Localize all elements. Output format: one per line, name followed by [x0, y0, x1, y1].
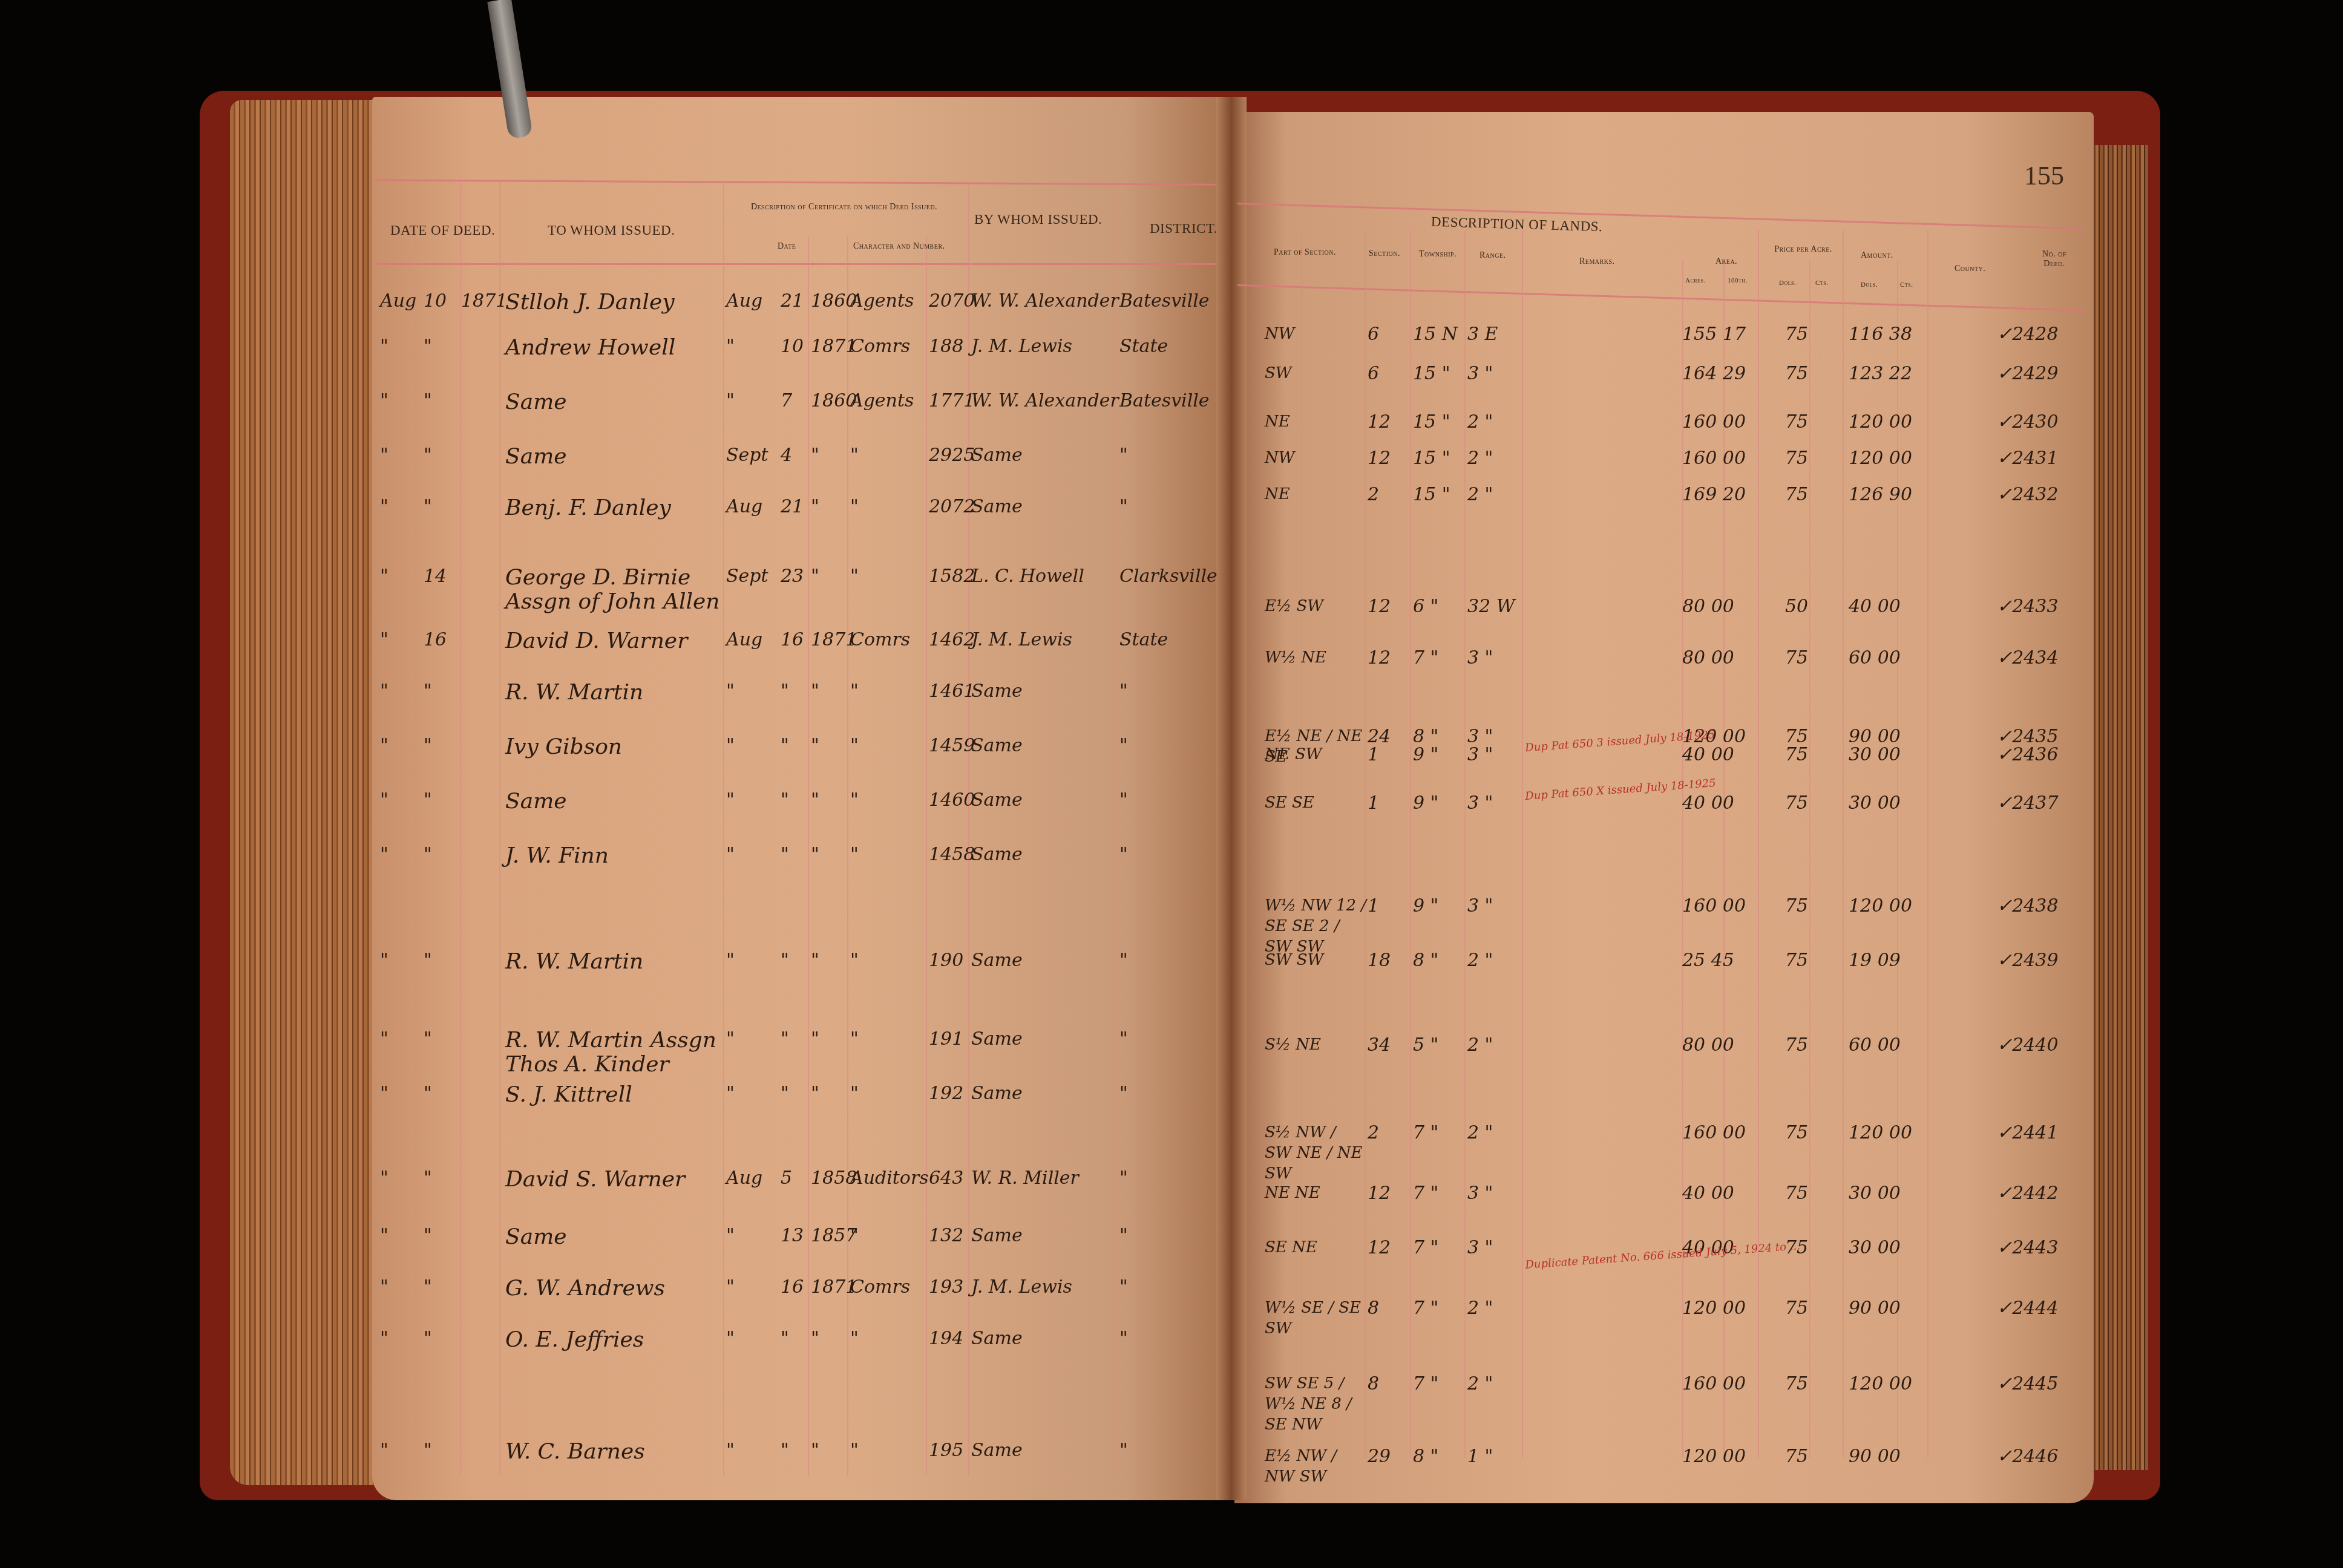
cell-township: 7 "	[1413, 1237, 1438, 1258]
cell-district: "	[1119, 1083, 1128, 1104]
cell-area: 40 00	[1682, 792, 1734, 814]
cell-day: "	[424, 950, 432, 971]
cell-amount: 30 00	[1849, 1183, 1901, 1204]
cell-section: 1	[1368, 744, 1379, 765]
cell-cert-no: 1461	[929, 681, 975, 702]
cell-part: SW SE 5 / W½ NE 8 / SE NW	[1265, 1373, 1368, 1435]
cell-area: 160 00	[1682, 411, 1746, 433]
cell-district: State	[1119, 336, 1168, 357]
cell-range: 2 "	[1467, 484, 1493, 505]
right-page	[1234, 112, 2094, 1503]
header-cert-character-number: Character and Number.	[853, 242, 945, 252]
cell-name: Stlloh J. Danley	[505, 290, 675, 315]
book-gutter	[1216, 97, 1247, 1500]
col-rule	[1723, 260, 1725, 1458]
cell-district: "	[1119, 1028, 1128, 1050]
cell-day: "	[424, 1440, 432, 1461]
cell-township: 6 "	[1413, 596, 1438, 617]
cell-cert-month: "	[726, 681, 735, 702]
cell-range: 2 "	[1467, 411, 1493, 433]
cell-cert-type: Agents	[850, 390, 914, 411]
cell-month: "	[380, 336, 388, 357]
cell-range: 2 "	[1467, 950, 1493, 971]
cell-cert-type: "	[850, 445, 859, 466]
cell-area: 80 00	[1682, 1034, 1734, 1056]
col-rule	[968, 181, 969, 1476]
cell-section: 29	[1368, 1446, 1391, 1467]
cell-cert-month: "	[726, 950, 735, 971]
cell-cert-month: "	[726, 1276, 735, 1298]
cell-deed-no: ✓2439	[1997, 950, 2058, 971]
cell-month: "	[380, 445, 388, 466]
cell-amount: 116 38	[1849, 324, 1912, 345]
cell-township: 7 "	[1413, 1298, 1438, 1319]
page-edges-left	[230, 100, 375, 1485]
cell-township: 15 N	[1413, 324, 1458, 345]
cell-section: 2	[1368, 1122, 1379, 1143]
cell-part: E½ SW	[1265, 596, 1323, 616]
cell-cert-month: Aug	[726, 1168, 762, 1189]
cell-cert-month: Sept	[726, 445, 768, 466]
header-by-whom-issued: By Whom Issued.	[974, 212, 1102, 227]
cell-part: S½ NE	[1265, 1034, 1321, 1055]
cell-cert-no: 193	[929, 1276, 963, 1298]
cell-day: "	[424, 681, 432, 702]
cell-price: 75	[1785, 448, 1808, 469]
cell-range: 3 "	[1467, 895, 1493, 916]
col-rule	[1365, 230, 1366, 1458]
cell-month: "	[380, 1225, 388, 1246]
cell-day: "	[424, 496, 432, 517]
header-price-per-acre: Price per Acre.	[1770, 245, 1837, 255]
cell-township: 15 "	[1413, 448, 1450, 469]
cell-area: 40 00	[1682, 1183, 1734, 1204]
cell-cert-year: "	[811, 1440, 819, 1461]
cell-cert-year: "	[811, 789, 819, 811]
cell-section: 12	[1368, 1237, 1391, 1258]
col-rule	[808, 236, 809, 1476]
cell-cert-day: 23	[781, 566, 804, 587]
cell-area: 120 00	[1682, 1298, 1746, 1319]
cell-cert-day: 16	[781, 629, 804, 650]
cell-area: 160 00	[1682, 1122, 1746, 1143]
cell-day: "	[424, 1083, 432, 1104]
cell-cert-no: 2925	[929, 445, 975, 466]
cell-deed-no: ✓2438	[1997, 895, 2058, 916]
cell-cert-day: "	[781, 789, 789, 811]
cell-month: "	[380, 1168, 388, 1189]
col-rule	[1113, 181, 1115, 1476]
cell-issuer: Same	[971, 1328, 1023, 1349]
cell-cert-no: 132	[929, 1225, 963, 1246]
cell-issuer: W. W. Alexander	[971, 290, 1119, 312]
cell-district: "	[1119, 1276, 1128, 1298]
cell-cert-month: Aug	[726, 290, 762, 312]
col-rule	[1410, 230, 1411, 1458]
cell-township: 7 "	[1413, 1122, 1438, 1143]
cell-area: 160 00	[1682, 448, 1746, 469]
cell-cert-year: "	[811, 566, 819, 587]
cell-deed-no: ✓2431	[1997, 448, 2058, 469]
cell-cert-year: "	[811, 1028, 819, 1050]
cell-day: 16	[424, 629, 447, 650]
cell-month: "	[380, 950, 388, 971]
cell-day: "	[424, 1028, 432, 1050]
cell-section: 2	[1368, 484, 1379, 505]
cell-range: 1 "	[1467, 1446, 1493, 1467]
cell-district: "	[1119, 789, 1128, 811]
cell-cert-no: 192	[929, 1083, 963, 1104]
cell-cert-type: Comrs	[850, 336, 910, 357]
cell-name: S. J. Kittrell	[505, 1083, 632, 1107]
cell-cert-day: "	[781, 1328, 789, 1349]
cell-township: 15 "	[1413, 411, 1450, 433]
cell-district: "	[1119, 1225, 1128, 1246]
cell-township: 9 "	[1413, 895, 1438, 916]
cell-day: "	[424, 844, 432, 865]
cell-section: 34	[1368, 1034, 1391, 1056]
cell-cert-no: 1582	[929, 566, 975, 587]
cell-price: 75	[1785, 950, 1808, 971]
cell-name: Ivy Gibson	[505, 735, 622, 759]
cell-range: 2 "	[1467, 1034, 1493, 1056]
header-part-of-section: Part of Section.	[1274, 248, 1336, 258]
cell-amount: 90 00	[1849, 1446, 1901, 1467]
cell-deed-no: ✓2437	[1997, 792, 2058, 814]
cell-cert-day: 16	[781, 1276, 804, 1298]
cell-name: R. W. Martin Assgn Thos A. Kinder	[505, 1028, 729, 1077]
header-remarks: Remarks.	[1579, 257, 1615, 267]
cell-part: SE SE	[1265, 792, 1314, 813]
cell-part: E½ NW / NW SW	[1265, 1446, 1368, 1487]
cell-amount: 30 00	[1849, 744, 1901, 765]
cell-cert-type: Comrs	[850, 1276, 910, 1298]
cell-range: 3 "	[1467, 1183, 1493, 1204]
cell-cert-month: "	[726, 735, 735, 756]
cell-cert-type: "	[850, 735, 859, 756]
cell-amount: 120 00	[1849, 1122, 1912, 1143]
cell-deed-no: ✓2442	[1997, 1183, 2058, 1204]
cell-part: SW	[1265, 363, 1292, 384]
cell-month: "	[380, 390, 388, 411]
cell-month: "	[380, 844, 388, 865]
cell-issuer: J. M. Lewis	[971, 1276, 1072, 1298]
col-rule	[415, 181, 416, 1476]
cell-cert-month: Sept	[726, 566, 768, 587]
header-certificate-description: Description of Certificate on which Deed…	[741, 203, 947, 212]
cell-section: 12	[1368, 596, 1391, 617]
cell-month: Aug	[380, 290, 416, 312]
cell-name: David S. Warner	[505, 1168, 685, 1192]
cell-cert-year: "	[811, 950, 819, 971]
cell-cert-day: "	[781, 1440, 789, 1461]
cell-area: 25 45	[1682, 950, 1734, 971]
cell-amount: 120 00	[1849, 411, 1912, 433]
cell-section: 12	[1368, 411, 1391, 433]
cell-cert-type: "	[850, 496, 859, 517]
cell-cert-year: "	[811, 681, 819, 702]
cell-issuer: L. C. Howell	[971, 566, 1084, 587]
cell-amount: 120 00	[1849, 1373, 1912, 1394]
cell-range: 3 "	[1467, 363, 1493, 384]
cell-township: 7 "	[1413, 1183, 1438, 1204]
cell-part: NE	[1265, 411, 1290, 432]
cell-cert-type: "	[850, 1028, 859, 1050]
cell-part: S½ NW / SW NE / NE SW	[1265, 1122, 1368, 1184]
cell-cert-day: "	[781, 681, 789, 702]
cell-range: 3 E	[1467, 324, 1498, 345]
cell-price: 75	[1785, 363, 1808, 384]
header-county: County.	[1955, 264, 1985, 274]
cell-month: "	[380, 1083, 388, 1104]
cell-section: 8	[1368, 1298, 1379, 1319]
header-to-whom-issued: To Whom Issued.	[548, 223, 675, 238]
cell-section: 6	[1368, 324, 1379, 345]
cell-price: 75	[1785, 411, 1808, 433]
header-amount: Amount.	[1861, 251, 1893, 261]
cell-deed-no: ✓2444	[1997, 1298, 2058, 1319]
cell-amount: 90 00	[1849, 1298, 1901, 1319]
cell-amount: 120 00	[1849, 448, 1912, 469]
cell-amount: 30 00	[1849, 792, 1901, 814]
cell-township: 8 "	[1413, 950, 1438, 971]
cell-name: David D. Warner	[505, 629, 687, 653]
cell-district: "	[1119, 1168, 1128, 1189]
cell-day: "	[424, 735, 432, 756]
cell-section: 12	[1368, 448, 1391, 469]
cell-cert-no: 1459	[929, 735, 975, 756]
cell-amount: 60 00	[1849, 647, 1901, 668]
cell-month: "	[380, 566, 388, 587]
cell-deed-no: ✓2440	[1997, 1034, 2058, 1056]
cell-day: 14	[424, 566, 447, 587]
cell-part: SW SW	[1265, 950, 1323, 970]
cell-part: NE SW	[1265, 744, 1322, 765]
header-range: Range.	[1480, 251, 1506, 261]
cell-cert-no: 1458	[929, 844, 975, 865]
cell-range: 2 "	[1467, 1298, 1493, 1319]
col-rule	[1927, 230, 1928, 1458]
cell-cert-type: "	[850, 1328, 859, 1349]
cell-issuer: Same	[971, 1225, 1023, 1246]
cell-township: 15 "	[1413, 484, 1450, 505]
cell-cert-type: Comrs	[850, 629, 910, 650]
cell-cert-type: "	[850, 950, 859, 971]
cell-district: "	[1119, 1328, 1128, 1349]
cell-issuer: W. R. Miller	[971, 1168, 1079, 1189]
cell-district: "	[1119, 681, 1128, 702]
cell-deed-no: ✓2428	[1997, 324, 2058, 345]
cell-price: 75	[1785, 1183, 1808, 1204]
cell-section: 12	[1368, 647, 1391, 668]
cell-area: 40 00	[1682, 744, 1734, 765]
header-amount-dols: Dols.	[1861, 281, 1878, 289]
cell-name: G. W. Andrews	[505, 1276, 665, 1301]
cell-day: "	[424, 1168, 432, 1189]
header-area: Area.	[1715, 257, 1737, 267]
cell-cert-type: "	[850, 566, 859, 587]
cell-cert-no: 2072	[929, 496, 975, 517]
cell-issuer: Same	[971, 445, 1023, 466]
cell-cert-day: 21	[781, 496, 804, 517]
cell-month: "	[380, 735, 388, 756]
cell-range: 32 W	[1467, 596, 1515, 617]
cell-district: "	[1119, 950, 1128, 971]
cell-township: 7 "	[1413, 1373, 1438, 1394]
cell-section: 8	[1368, 1373, 1379, 1394]
cell-cert-no: 2070	[929, 290, 975, 312]
cell-township: 9 "	[1413, 792, 1438, 814]
cell-range: 3 "	[1467, 647, 1493, 668]
cell-price: 75	[1785, 792, 1808, 814]
cell-district: Batesville	[1119, 390, 1210, 411]
cell-name: W. C. Barnes	[505, 1440, 645, 1464]
cell-issuer: Same	[971, 735, 1023, 756]
cell-month: "	[380, 1440, 388, 1461]
cell-range: 3 "	[1467, 1237, 1493, 1258]
cell-cert-day: 7	[781, 390, 792, 411]
cell-amount: 126 90	[1849, 484, 1912, 505]
cell-area: 80 00	[1682, 596, 1734, 617]
cell-issuer: Same	[971, 496, 1023, 517]
cell-cert-no: 1771	[929, 390, 975, 411]
cell-township: 7 "	[1413, 647, 1438, 668]
cell-name: Same	[505, 390, 567, 414]
cell-issuer: J. M. Lewis	[971, 629, 1072, 650]
cell-cert-no: 1460	[929, 789, 975, 811]
cell-part: NW	[1265, 324, 1294, 344]
cell-part: SE NE	[1265, 1237, 1317, 1258]
cell-part: W½ NE	[1265, 647, 1326, 668]
cell-name: Same	[505, 1225, 567, 1249]
cell-cert-year: "	[811, 735, 819, 756]
cell-district: Clarksville	[1119, 566, 1217, 587]
cell-township: 15 "	[1413, 363, 1450, 384]
cell-area: 155 17	[1682, 324, 1746, 345]
cell-section: 1	[1368, 895, 1379, 916]
cell-day: "	[424, 1225, 432, 1246]
cell-price: 75	[1785, 324, 1808, 345]
cell-month: "	[380, 1328, 388, 1349]
cell-name: J. W. Finn	[505, 844, 609, 868]
header-cert-date: Date	[778, 242, 796, 252]
cell-district: State	[1119, 629, 1168, 650]
header-section: Section.	[1369, 249, 1400, 259]
cell-section: 18	[1368, 950, 1391, 971]
header-acres: Acres.	[1685, 277, 1706, 284]
cell-part: NE	[1265, 484, 1290, 505]
col-rule	[926, 236, 927, 1476]
cell-cert-year: "	[811, 496, 819, 517]
header-bottom-rule-left	[375, 263, 1216, 265]
cell-area: 120 00	[1682, 1446, 1746, 1467]
cell-amount: 19 09	[1849, 950, 1901, 971]
cell-deed-no: ✓2446	[1997, 1446, 2058, 1467]
cell-cert-day: 4	[781, 445, 792, 466]
cell-cert-month: "	[726, 336, 735, 357]
cell-month: "	[380, 681, 388, 702]
col-rule	[1682, 260, 1683, 1458]
cell-deed-no: ✓2436	[1997, 744, 2058, 765]
cell-day: 10	[424, 290, 447, 312]
cell-cert-month: "	[726, 390, 735, 411]
cell-amount: 30 00	[1849, 1237, 1901, 1258]
cell-price: 75	[1785, 895, 1808, 916]
cell-cert-month: "	[726, 1028, 735, 1050]
cell-name: Andrew Howell	[505, 336, 675, 360]
cell-cert-day: 5	[781, 1168, 792, 1189]
cell-cert-day: "	[781, 735, 789, 756]
cell-cert-type: Auditors	[850, 1168, 929, 1189]
cell-cert-type: "	[850, 1083, 859, 1104]
cell-name: Same	[505, 445, 567, 469]
cell-cert-type: "	[850, 1440, 859, 1461]
cell-amount: 60 00	[1849, 1034, 1901, 1056]
cell-district: "	[1119, 496, 1128, 517]
cell-cert-month: Aug	[726, 629, 762, 650]
cell-area: 169 20	[1682, 484, 1746, 505]
cell-deed-no: ✓2445	[1997, 1373, 2058, 1394]
cell-cert-month: "	[726, 844, 735, 865]
cell-price: 50	[1785, 596, 1808, 617]
cell-area: 80 00	[1682, 647, 1734, 668]
cell-price: 75	[1785, 1373, 1808, 1394]
col-rule	[1843, 230, 1844, 1458]
cell-district: "	[1119, 844, 1128, 865]
cell-section: 1	[1368, 792, 1379, 814]
cell-cert-month: "	[726, 1083, 735, 1104]
col-rule	[1301, 230, 1302, 1458]
cell-day: "	[424, 445, 432, 466]
page-number: 155	[2024, 160, 2064, 191]
cell-month: "	[380, 629, 388, 650]
cell-cert-no: 194	[929, 1328, 963, 1349]
col-rule	[1522, 230, 1523, 1458]
cell-day: "	[424, 1276, 432, 1298]
cell-cert-day: 21	[781, 290, 804, 312]
cell-cert-day: 10	[781, 336, 804, 357]
cell-name: Same	[505, 789, 567, 814]
cell-price: 75	[1785, 647, 1808, 668]
cell-cert-day: "	[781, 950, 789, 971]
header-price-dols: Dols.	[1779, 279, 1796, 287]
cell-cert-type: "	[850, 1225, 859, 1246]
cell-township: 5 "	[1413, 1034, 1438, 1056]
cell-day: "	[424, 390, 432, 411]
cell-day: "	[424, 1328, 432, 1349]
cell-price: 75	[1785, 744, 1808, 765]
header-no-of-deed: No. of Deed.	[2033, 250, 2076, 269]
header-amount-cts: Cts.	[1900, 281, 1913, 289]
cell-part: NE NE	[1265, 1183, 1320, 1203]
cell-part: NW	[1265, 448, 1294, 468]
cell-cert-no: 191	[929, 1028, 963, 1050]
cell-area: 160 00	[1682, 895, 1746, 916]
cell-deed-no: ✓2443	[1997, 1237, 2058, 1258]
cell-month: "	[380, 789, 388, 811]
header-township: Township.	[1419, 250, 1457, 260]
header-district: District.	[1150, 221, 1217, 237]
cell-cert-year: "	[811, 445, 819, 466]
cell-day: "	[424, 789, 432, 811]
col-rule	[1809, 260, 1810, 1458]
cell-issuer: Same	[971, 950, 1023, 971]
cell-district: "	[1119, 445, 1128, 466]
cell-cert-month: Aug	[726, 496, 762, 517]
col-rule	[499, 181, 500, 1476]
cell-cert-year: "	[811, 1328, 819, 1349]
cell-name: George D. Birnie Assgn of John Allen	[505, 566, 729, 614]
